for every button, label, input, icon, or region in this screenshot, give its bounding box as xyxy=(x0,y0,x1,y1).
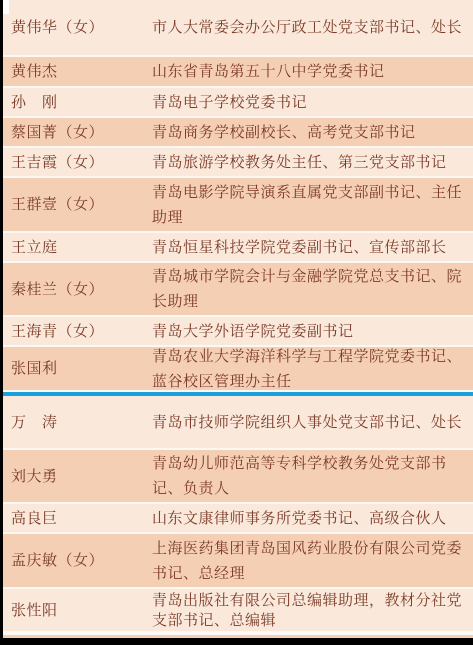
official-title: 青岛市技师学院组织人事处党支部书记、处长 xyxy=(152,410,473,435)
official-name: 万 涛 xyxy=(3,410,152,435)
top-left-white-patch xyxy=(0,0,9,14)
table-row: 张国利青岛农业大学海洋科学与工程学院党委书记、蓝谷校区管理办主任 xyxy=(3,347,473,392)
official-title: 青岛旅游学校教务处主任、第三党支部书记 xyxy=(152,150,473,175)
official-title: 青岛商务学校副校长、高考党支部书记 xyxy=(152,120,473,145)
official-title: 山东省青岛第五十八中学党委书记 xyxy=(152,59,473,84)
table-row: 王立庭青岛恒星科技学院党委副书记、宣传部部长 xyxy=(3,233,473,263)
table-row: 黄伟华（女）市人大常委会办公厅政工处党支部书记、处长 xyxy=(3,0,473,57)
table-row: 刘大勇青岛幼儿师范高等专科学校教务处党支部书记、负责人 xyxy=(3,450,473,504)
official-name: 黄伟杰 xyxy=(3,59,152,84)
official-name: 王立庭 xyxy=(3,235,152,260)
official-name: 王海青（女） xyxy=(3,319,152,344)
official-name: 张性阳 xyxy=(3,600,152,620)
official-name: 秦桂兰（女） xyxy=(3,277,152,302)
table-row: 张性阳青岛出版社有限公司总编辑助理，教材分社党支部书记、总编辑 xyxy=(3,589,473,633)
official-title: 青岛城市学院会计与金融学院党总支书记、院长助理 xyxy=(152,264,473,314)
official-title: 青岛出版社有限公司总编辑助理，教材分社党支部书记、总编辑 xyxy=(152,590,473,630)
official-title: 青岛电影学院导演系直属党支部副书记、主任助理 xyxy=(152,180,473,230)
official-title: 青岛电子学校党委书记 xyxy=(152,90,473,115)
table-row: 黄伟杰山东省青岛第五十八中学党委书记 xyxy=(3,57,473,88)
official-name: 王吉霞（女） xyxy=(3,150,152,175)
official-title: 青岛恒星科技学院党委副书记、宣传部部长 xyxy=(152,235,473,260)
table-row: 王吉霞（女）青岛旅游学校教务处主任、第三党支部书记 xyxy=(3,148,473,178)
table-row: 万 涛青岛市技师学院组织人事处党支部书记、处长 xyxy=(3,396,473,450)
table-row: 蔡国菁（女）青岛商务学校副校长、高考党支部书记 xyxy=(3,118,473,148)
table-row: 秦桂兰（女）青岛城市学院会计与金融学院党总支书记、院长助理 xyxy=(3,263,473,317)
official-name: 刘大勇 xyxy=(3,464,152,489)
official-name: 高良巨 xyxy=(3,506,152,531)
official-name: 孙 刚 xyxy=(3,90,152,115)
official-name: 孟庆敏（女） xyxy=(3,548,152,573)
official-name: 黄伟华（女） xyxy=(3,15,152,40)
official-name: 王群壹（女） xyxy=(3,192,152,217)
table-row: 孟庆敏（女）上海医药集团青岛国风药业股份有限公司党委书记、总经理 xyxy=(3,534,473,589)
officials-table: 黄伟华（女）市人大常委会办公厅政工处党支部书记、处长黄伟杰山东省青岛第五十八中学… xyxy=(0,0,473,645)
official-name: 张国利 xyxy=(3,356,152,381)
official-title: 上海医药集团青岛国风药业股份有限公司党委书记、总经理 xyxy=(152,536,473,586)
official-name: 蔡国菁（女） xyxy=(3,120,152,145)
bottom-black-edge xyxy=(0,638,473,645)
table-row: 高良巨山东文康律师事务所党委书记、高级合伙人 xyxy=(3,504,473,534)
official-title: 市人大常委会办公厅政工处党支部书记、处长 xyxy=(152,15,473,40)
official-title: 青岛幼儿师范高等专科学校教务处党支部书记、负责人 xyxy=(152,451,473,501)
table-row: 王群壹（女）青岛电影学院导演系直属党支部副书记、主任助理 xyxy=(3,178,473,233)
table-row: 孙 刚青岛电子学校党委书记 xyxy=(3,88,473,118)
official-title: 山东文康律师事务所党委书记、高级合伙人 xyxy=(152,506,473,531)
official-title: 青岛农业大学海洋科学与工程学院党委书记、蓝谷校区管理办主任 xyxy=(152,347,473,392)
official-title: 青岛大学外语学院党委副书记 xyxy=(152,319,473,344)
table-row: 王海青（女）青岛大学外语学院党委副书记 xyxy=(3,317,473,347)
